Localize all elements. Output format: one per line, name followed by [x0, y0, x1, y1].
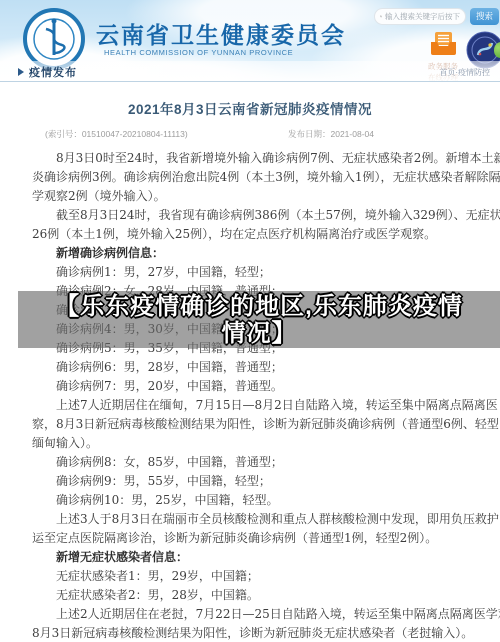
article-line: 上述2人近期居住在老挝，7月22日—25日自陆路入境，转运至集中隔离点隔离医学观 — [32, 605, 500, 624]
site-title-english: HEALTH COMMISSION OF YUNNAN PROVINCE — [104, 48, 293, 57]
article-line: 上述7人近期居住在缅甸，7月15日—8月2日自陆路入境，转运至集中隔离点隔离医 — [32, 396, 500, 415]
watermark-text-line1: 【乐东疫情确诊的地区,乐东肺炎疫情 — [55, 293, 463, 320]
article-line: 新增无症状感染者信息： — [32, 548, 500, 567]
article-meta: (索引号：01510047-20210804-11113) 发布日期：2021-… — [0, 128, 500, 142]
article-line: 确诊病例10：男，25岁，中国籍，轻型。 — [32, 491, 500, 510]
article-line: 无症状感染者2：男，28岁，中国籍。 — [32, 586, 500, 605]
article-line: 炎确诊病例3例。确诊病例治愈出院4例（本土3例，境外输入1例），无症状感染者解除… — [32, 168, 500, 187]
article-title: 2021年8月3日云南省新冠肺炎疫情情况 — [0, 98, 500, 118]
article: 2021年8月3日云南省新冠肺炎疫情情况 (索引号：01510047-20210… — [0, 82, 500, 642]
article-line: 新增确诊病例信息： — [32, 244, 500, 263]
index-number: (索引号：01510047-20210804-11113) — [45, 128, 188, 140]
section-arrow-icon — [18, 68, 24, 76]
section-head: 疫情发布 — [18, 61, 77, 82]
article-line: 无症状感染者1：男，29岁，中国籍； — [32, 567, 500, 586]
article-line: 上述3人于8月3日在瑞丽市全员核酸检测和重点人群核酸检测中发现，即用负压救护 — [32, 510, 500, 529]
article-line: 确诊病例6：男，28岁，中国籍，普通型； — [32, 358, 500, 377]
navbar: 疫情发布 首页·疫情防控 — [0, 61, 500, 82]
search-icon — [380, 12, 382, 21]
article-body: 8月3日0时至24时，我省新增境外输入确诊病例7例、无症状感染者2例。新增本土新… — [0, 149, 500, 642]
publish-date: 发布日期：2021-08-04 — [288, 128, 374, 140]
article-line: 察，8月3日新冠病毒核酸检测结果为阳性，诊断为新冠肺炎确诊病例（普通型6例、轻型… — [32, 415, 500, 434]
service-tray-icon — [430, 32, 457, 55]
article-line: 学观察2例（境外输入）。 — [32, 187, 500, 206]
watermark-overlay: 【乐东疫情确诊的地区,乐东肺炎疫情 情况】 — [18, 291, 500, 348]
article-line: 8月3日0时至24时，我省新增境外输入确诊病例7例、无症状感染者2例。新增本土新 — [32, 149, 500, 168]
article-line: 确诊病例9：男，55岁，中国籍，轻型； — [32, 472, 500, 491]
article-line: 确诊病例8：女，85岁，中国籍，普通型； — [32, 453, 500, 472]
article-line: 26例（本土1例，境外输入25例），均在定点医疗机构隔离治疗或医学观察。 — [32, 225, 500, 244]
page: 云南省卫生健康委员会 HEALTH COMMISSION OF YUNNAN P… — [0, 0, 500, 642]
article-line: 确诊病例1：男，27岁，中国籍，轻型； — [32, 263, 500, 282]
search-button[interactable]: 搜索 — [470, 8, 499, 25]
search-input[interactable] — [385, 12, 460, 21]
article-line: 缅甸输入）。 — [32, 434, 500, 453]
site-title: 云南省卫生健康委员会 — [96, 17, 346, 50]
article-line: 8月3日新冠病毒核酸检测结果为阳性，诊断为新冠肺炎无症状感染者（老挝输入）。 — [32, 624, 500, 642]
article-line: 运至定点医院隔离诊治，诊断为新冠肺炎确诊病例（普通型1例，轻型2例）。 — [32, 529, 500, 548]
article-line: 确诊病例7：男，20岁，中国籍，普通型。 — [32, 377, 500, 396]
breadcrumb[interactable]: 首页·疫情防控 — [439, 67, 490, 78]
section-title: 疫情发布 — [29, 64, 77, 80]
article-line: 截至8月3日24时，我省现有确诊病例386例（本土57例，境外输入329例）、无… — [32, 206, 500, 225]
search-box[interactable] — [374, 8, 466, 25]
mascot-icon — [494, 42, 500, 58]
watermark-text-line2: 情况】 — [222, 320, 297, 347]
